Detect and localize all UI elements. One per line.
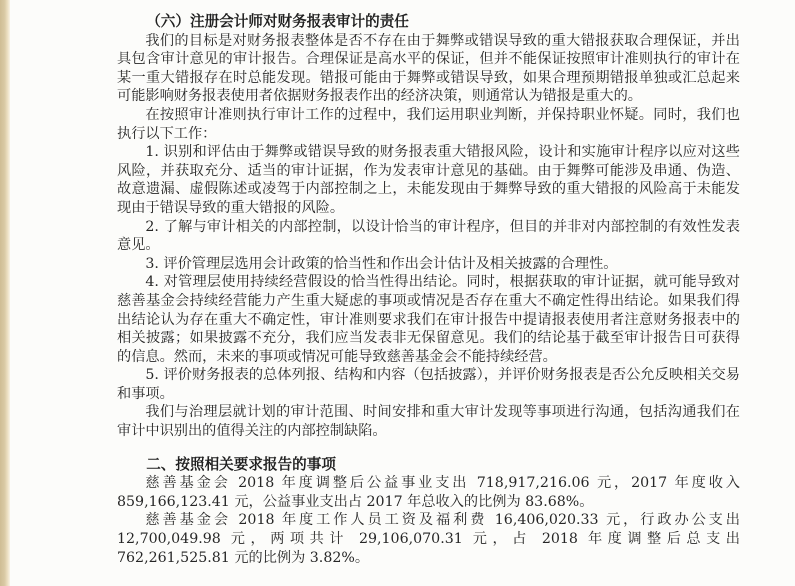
paragraph-governance-communication: 我们与治理层就计划的审计范围、时间安排和重大审计发现等事项进行沟通，包括沟通我们…	[117, 403, 740, 440]
section-heading-other-requirements: 二、按照相关要求报告的事项	[117, 456, 740, 475]
paragraph-salary-admin-expense-ratio: 慈善基金会 2018 年度工作人员工资及福利费 16,406,020.33 元，…	[117, 511, 740, 567]
scanned-report-page: （六）注册会计师对财务报表审计的责任 我们的目标是对财务报表整体是否不存在由于舞…	[0, 0, 795, 586]
paragraph-charity-expenditure-ratio: 慈善基金会 2018 年度调整后公益事业支出 718,917,216.06 元，…	[117, 474, 740, 511]
paragraph-item-3-accounting-policy: 3. 评价管理层选用会计政策的恰当性和作出会计估计及相关披露的合理性。	[117, 255, 740, 274]
page-scan-edge	[0, 0, 10, 586]
paragraph-item-1-risk-assessment: 1. 识别和评估由于舞弊或错误导致的财务报表重大错报风险，设计和实施审计程序以应…	[117, 143, 740, 217]
report-content: （六）注册会计师对财务报表审计的责任 我们的目标是对财务报表整体是否不存在由于舞…	[117, 13, 740, 567]
paragraph-professional-judgment: 在按照审计准则执行审计工作的过程中，我们运用职业判断，并保持职业怀疑。同时，我们…	[117, 106, 740, 143]
paragraph-item-2-internal-control: 2. 了解与审计相关的内部控制，以设计恰当的审计程序，但目的并非对内部控制的有效…	[117, 218, 740, 255]
paragraph-audit-objective: 我们的目标是对财务报表整体是否不存在由于舞弊或错误导致的重大错报获取合理保证，并…	[117, 32, 740, 106]
paragraph-item-4-going-concern: 4. 对管理层使用持续经营假设的恰当性得出结论。同时，根据获取的审计证据，就可能…	[117, 273, 740, 366]
section-heading-auditor-responsibility: （六）注册会计师对财务报表审计的责任	[117, 13, 740, 32]
paragraph-item-5-presentation: 5. 评价财务报表的总体列报、结构和内容（包括披露），并评价财务报表是否公允反映…	[117, 366, 740, 403]
